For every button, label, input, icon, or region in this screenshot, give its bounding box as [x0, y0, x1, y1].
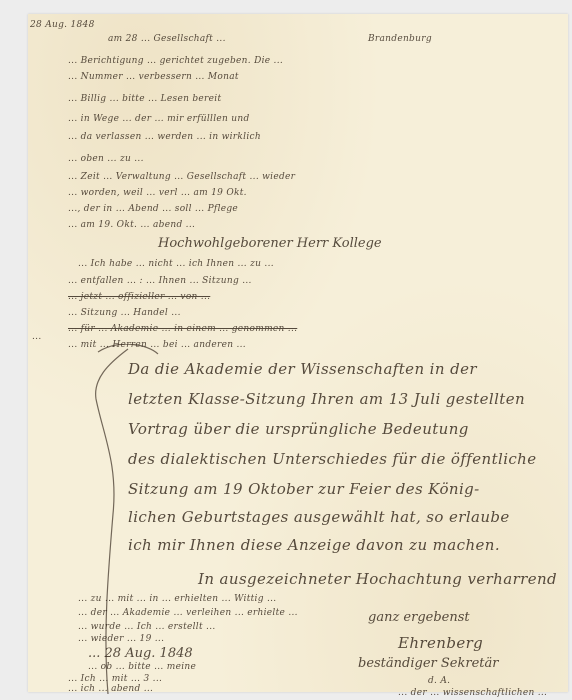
bottom-note: ... ich ... abend ... [68, 684, 153, 694]
draft-line: ... Zeit ... Verwaltung ... Gesellschaft… [68, 172, 295, 182]
draft-line: ... oben ... zu ... [68, 154, 144, 164]
bottom-note: ... der ... Akademie ... verleihen ... e… [78, 608, 298, 618]
draft-line: ... am 19. Okt. ... abend ... [68, 220, 195, 230]
main-text-line: Vortrag über die ursprüngliche Bedeutung [128, 420, 469, 438]
draft-line: ... Nummer ... verbessern ... Monat [68, 72, 239, 82]
corner-date-note: 28 Aug. 1848 [30, 20, 95, 30]
header-line-2: Brandenburg [368, 34, 432, 44]
signature-abbrev: d. A. [428, 676, 450, 686]
bottom-note: ... ob ... bitte ... meine [88, 662, 196, 672]
margin-mark: ... [32, 332, 41, 342]
main-text-line: lichen Geburtstages ausgewählt hat, so e… [128, 508, 510, 526]
main-text-line: des dialektischen Unterschiedes für die … [128, 450, 537, 468]
signature-note: ... der ... wissenschaftlichen ... [398, 688, 547, 698]
draft-line: ... da verlassen ... werden ... in wirkl… [68, 132, 261, 142]
bottom-date: ... 28 Aug. 1848 [88, 646, 193, 661]
signature-name: Ehrenberg [398, 634, 483, 652]
draft-line: ... Berichtigung ... gerichtet zugeben. … [68, 56, 283, 66]
draft-line: ... Billig ... bitte ... Lesen bereit [68, 94, 221, 104]
main-text-line: Da die Akademie der Wissenschaften in de… [128, 360, 477, 378]
draft-line: ... mit ... Herren ... bei ... anderen .… [68, 340, 246, 350]
closing-line: In ausgezeichneter Hochachtung verharren… [198, 570, 557, 588]
draft-line: ... in Wege ... der ... mir erfülllen un… [68, 114, 250, 124]
draft-line: ... entfallen ... : ... Ihnen ... Sitzun… [68, 276, 252, 286]
bottom-note: ... wurde ... Ich ... erstellt ... [78, 622, 216, 632]
signature-title: beständiger Sekretär [358, 656, 498, 671]
draft-line: ... Ich habe ... nicht ... ich Ihnen ...… [78, 259, 274, 269]
bottom-note: ... zu ... mit ... in ... erhielten ... … [78, 594, 276, 604]
header-line-1: am 28 ... Gesellschaft ... [108, 34, 226, 44]
main-text-line: Sitzung am 19 Oktober zur Feier des Köni… [128, 480, 480, 498]
draft-line: ... Sitzung ... Handel ... [68, 308, 181, 318]
bottom-note: ... wieder ... 19 ... [78, 634, 164, 644]
signature-greeting: ganz ergebenst [368, 610, 470, 625]
main-text-line: letzten Klasse-Sitzung Ihren am 13 Juli … [128, 390, 525, 408]
main-text-line: ich mir Ihnen diese Anzeige davon zu mac… [128, 536, 500, 554]
draft-line: ... jetzt ... offizieller ... von ... [68, 292, 210, 302]
draft-line: ... worden, weil ... verl ... am 19 Okt. [68, 188, 247, 198]
manuscript-page: 28 Aug. 1848 am 28 ... Gesellschaft ... … [28, 14, 568, 692]
salutation: Hochwohlgeborener Herr Kollege [158, 236, 382, 251]
draft-line: ... für ... Akademie ... in einem ... ge… [68, 324, 297, 334]
draft-line: ..., der in ... Abend ... soll ... Pfleg… [68, 204, 238, 214]
bottom-note: ... Ich ... mit ... 3 ... [68, 674, 162, 684]
